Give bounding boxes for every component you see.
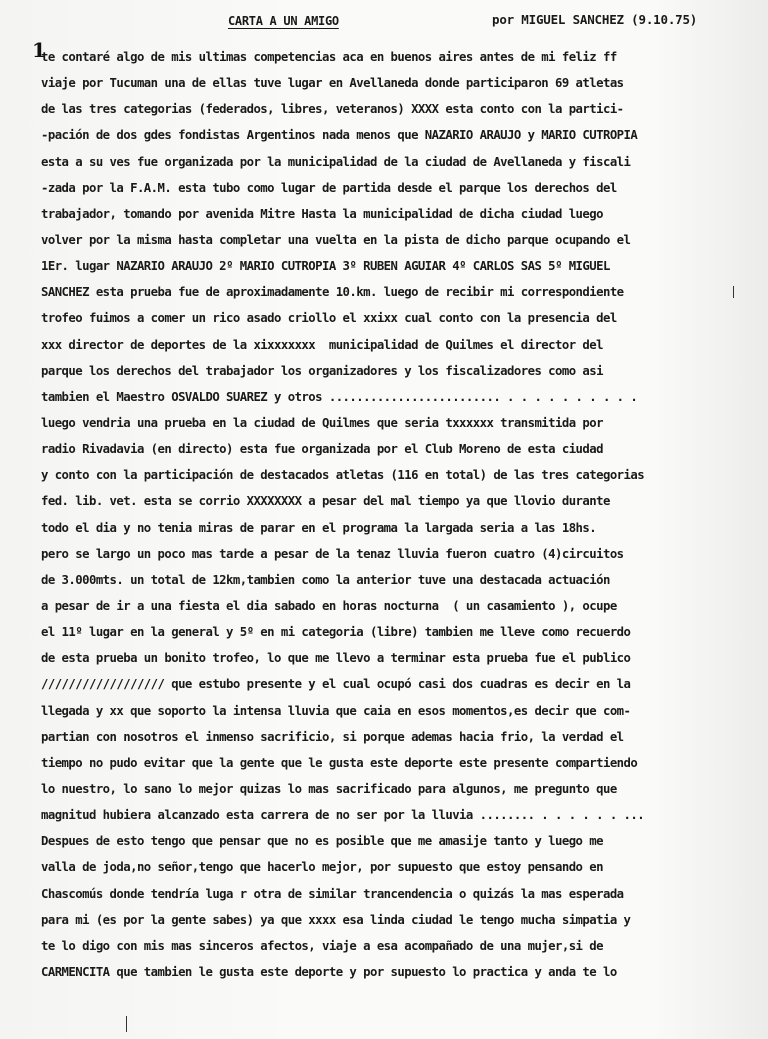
text-line: ////////////////// que estubo presente y… [41,671,761,697]
text-line: trabajador, tomando por avenida Mitre Ha… [41,201,761,227]
text-line: te contaré algo de mis ultimas competenc… [41,44,761,70]
text-line: parque los derechos del trabajador los o… [41,358,761,384]
text-line: Chascomús donde tendría luga r otra de s… [41,881,761,907]
letter-header: CARTA A UN AMIGO por MIGUEL SANCHEZ (9.1… [0,10,768,32]
text-line: pero se largo un poco mas tarde a pesar … [41,541,761,567]
text-line: esta a su ves fue organizada por la muni… [41,149,761,175]
text-line: -zada por la F.A.M. esta tubo como lugar… [41,175,761,201]
letter-body: te contaré algo de mis ultimas competenc… [41,44,761,985]
text-line: Despues de esto tengo que pensar que no … [41,828,761,854]
text-line: 1Er. lugar NAZARIO ARAUJO 2º MARIO CUTRO… [41,253,761,279]
margin-pen-mark [126,1016,127,1032]
text-line: de 3.000mts. un total de 12km,tambien co… [41,567,761,593]
text-line: todo el dia y no tenia miras de parar en… [41,515,761,541]
margin-pen-mark [733,286,734,298]
text-line: radio Rivadavia (en directo) esta fue or… [41,436,761,462]
text-line: SANCHEZ esta prueba fue de aproximadamen… [41,279,761,305]
text-line: -pación de dos gdes fondistas Argentinos… [41,122,761,148]
text-line: magnitud hubiera alcanzado esta carrera … [41,802,761,828]
typewritten-page: CARTA A UN AMIGO por MIGUEL SANCHEZ (9.1… [0,0,768,1039]
author-byline: por MIGUEL SANCHEZ (9.10.75) [492,12,697,27]
text-line: tiempo no pudo evitar que la gente que l… [41,750,761,776]
text-line: de esta prueba un bonito trofeo, lo que … [41,645,761,671]
text-line: llegada y xx que soporto la intensa lluv… [41,698,761,724]
text-line: a pesar de ir a una fiesta el dia sabado… [41,593,761,619]
text-line: el 11º lugar en la general y 5º en mi ca… [41,619,761,645]
text-line: y conto con la participación de destacad… [41,462,761,488]
text-line: fed. lib. vet. esta se corrio XXXXXXXX a… [41,488,761,514]
text-line: trofeo fuimos a comer un rico asado crio… [41,305,761,331]
text-line: lo nuestro, lo sano lo mejor quizas lo m… [41,776,761,802]
text-line: de las tres categorias (federados, libre… [41,96,761,122]
text-line: partian con nosotros el inmenso sacrific… [41,724,761,750]
text-line: volver por la misma hasta completar una … [41,227,761,253]
text-line: CARMENCITA que tambien le gusta este dep… [41,959,761,985]
text-line: xxx director de deportes de la xixxxxxxx… [41,332,761,358]
letter-title: CARTA A UN AMIGO [228,14,339,28]
text-line: viaje por Tucuman una de ellas tuve luga… [41,70,761,96]
text-line: valla de joda,no señor,tengo que hacerlo… [41,854,761,880]
text-line: para mi (es por la gente sabes) ya que x… [41,907,761,933]
text-line: tambien el Maestro OSVALDO SUAREZ y otro… [41,384,761,410]
text-line: te lo digo con mis mas sinceros afectos,… [41,933,761,959]
text-line: luego vendria una prueba en la ciudad de… [41,410,761,436]
